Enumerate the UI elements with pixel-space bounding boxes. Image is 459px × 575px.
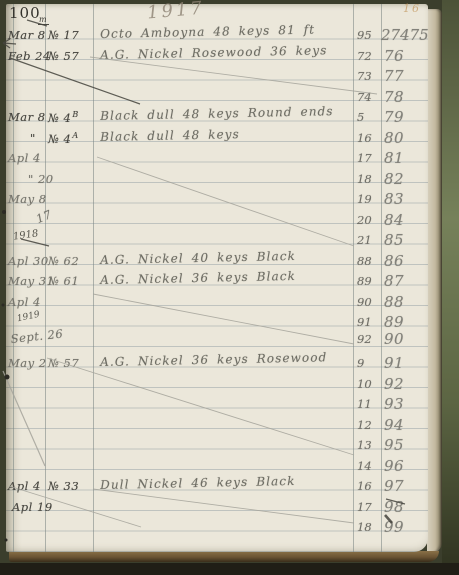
entry-serial-number: 97 [384, 477, 404, 495]
entry-serial-number: 89 [384, 313, 404, 331]
entry-serial-number: 94 [384, 416, 404, 434]
entry-description: A.G. Nickel 36 keys Rosewood [100, 350, 328, 369]
entry-stock-number: 92 [357, 332, 372, 346]
entry-serial-number: 90 [384, 330, 404, 348]
entry-stock-number: 11 [357, 397, 372, 411]
entry-stock-number: 73 [357, 69, 372, 83]
entry-stock-number: 20 [357, 213, 372, 227]
entry-stock-number: 5 [357, 110, 364, 124]
ledger-row: 10 92 [0, 375, 459, 396]
entry-serial-number: 84 [384, 211, 404, 229]
entry-date: " [30, 131, 36, 145]
entry-serial-number: 78 [384, 88, 404, 106]
page-total: 100 [9, 4, 41, 22]
ledger-row: 73 77 [0, 67, 459, 88]
entry-date: Sept. 26 [10, 326, 64, 345]
entry-description: Octo Amboyna 48 keys 81 ft [100, 22, 315, 40]
ledger-row: Apl 4 17 81 [0, 149, 459, 170]
ledger-row: " № 4A Black dull 48 keys 16 80 [0, 129, 459, 150]
entry-number: № 57 [48, 356, 79, 370]
ledger-row: Feb 24 № 57 A.G. Nickel Rosewood 36 keys… [0, 47, 459, 68]
entry-serial-number: 77 [384, 67, 404, 85]
date-superscript: m [38, 15, 49, 25]
entry-date: Mar 8 [8, 28, 46, 42]
ledger-row: May 2 № 57 A.G. Nickel 36 keys Rosewood … [0, 354, 459, 375]
folio-number: 16 [403, 2, 421, 15]
entry-serial-number: 81 [384, 149, 404, 167]
entry-stock-number: 95 [357, 28, 372, 42]
entry-stock-number: 88 [357, 254, 372, 268]
entry-stock-number: 90 [357, 295, 372, 309]
entry-date: May 8 [8, 192, 47, 206]
entry-serial-number: 92 [384, 375, 404, 393]
entry-stock-number: 21 [357, 233, 372, 247]
ledger-row: Mar 8 № 17 Octo Amboyna 48 keys 81 ft 95… [0, 26, 459, 47]
entry-stock-number: 16 [357, 131, 372, 145]
entry-stock-number: 9 [357, 356, 364, 370]
entry-serial-number: 93 [384, 395, 404, 413]
entry-number: № 4A [48, 131, 79, 146]
ledger-row: Apl 19 17 98 [0, 498, 459, 519]
entry-serial-number: 80 [384, 129, 404, 147]
entry-stock-number: 74 [357, 90, 372, 104]
entry-date: Apl 4 [8, 479, 41, 493]
entry-date: Feb 24 [8, 49, 51, 63]
entry-serial-number: 99 [384, 518, 404, 536]
entry-number: № 17 [48, 28, 79, 42]
entry-serial-number: 82 [384, 170, 404, 188]
entry-stock-number: 19 [357, 192, 372, 206]
entry-date: Apl 4 [8, 151, 41, 165]
entry-serial-number: 79 [384, 108, 404, 126]
entry-number: № 4B [48, 110, 79, 125]
ledger-row: " 20 18 82 [0, 170, 459, 191]
entry-number: № 61 [48, 274, 79, 288]
entry-stock-number: 16 [357, 479, 372, 493]
ledger-row: 21 85 [0, 231, 459, 252]
entry-stock-number: 12 [357, 418, 372, 432]
entry-stock-number: 91 [357, 315, 372, 329]
entry-serial-number: 86 [384, 252, 404, 270]
ledger-row: May 31 № 61 A.G. Nickel 36 keys Black 89… [0, 272, 459, 293]
ledger-row: Apl 4 90 88 [0, 293, 459, 314]
entry-serial-number: 95 [384, 436, 404, 454]
ledger-row: 12 94 [0, 416, 459, 437]
entry-stock-number: 17 [357, 500, 372, 514]
ledger-row: 13 95 [0, 436, 459, 457]
entry-number: № 33 [48, 479, 79, 493]
entry-date: Apl 30 [8, 254, 49, 268]
ledger-row: Sept. 26 92 90 [0, 330, 459, 351]
entry-description: Black dull 48 keys [100, 127, 240, 144]
entry-date: Apl 4 [8, 295, 41, 309]
ledger-row: May 8 19 83 [0, 190, 459, 211]
entry-number: № 57 [48, 49, 79, 63]
entry-stock-number: 10 [357, 377, 372, 391]
handwritten-content: 100 m 1917 16 1918 1919 Mar 8 № 17 Octo … [0, 0, 459, 575]
entry-date: Mar 8 [8, 110, 46, 124]
ledger-row: 11 93 [0, 395, 459, 416]
entry-stock-number: 18 [357, 172, 372, 186]
entry-description: Dull Nickel 46 keys Black [100, 474, 296, 492]
entry-serial-number: 76 [384, 47, 404, 65]
entry-stock-number: 18 [357, 520, 372, 534]
entry-date: " 20 [28, 172, 54, 186]
entry-date: May 2 [8, 356, 47, 370]
ledger-row: 18 99 [0, 518, 459, 539]
entry-description: A.G. Nickel Rosewood 36 keys [100, 43, 328, 62]
ledger-row: Mar 8 № 4B Black dull 48 keys Round ends… [0, 108, 459, 129]
entry-serial-number: 88 [384, 293, 404, 311]
entry-date: Apl 19 [12, 500, 53, 514]
year-heading: 1917 [146, 0, 205, 23]
ledger-book-photo: 100 m 1917 16 1918 1919 Mar 8 № 17 Octo … [0, 0, 459, 575]
entry-serial-number: 91 [384, 354, 404, 372]
entry-serial-number: 98 [384, 498, 404, 516]
entry-serial-number: 83 [384, 190, 404, 208]
entry-stock-number: 13 [357, 438, 372, 452]
entry-stock-number: 89 [357, 274, 372, 288]
entry-stock-number: 14 [357, 459, 372, 473]
entry-number: № 62 [48, 254, 79, 268]
ledger-row: 17 20 84 [0, 211, 459, 232]
entry-description: A.G. Nickel 40 keys Black [100, 248, 296, 266]
entry-serial-number: 96 [384, 457, 404, 475]
entry-serial-number: 85 [384, 231, 404, 249]
entry-description: A.G. Nickel 36 keys Black [100, 269, 296, 287]
entry-stock-number: 17 [357, 151, 372, 165]
ledger-row: Apl 4 № 33 Dull Nickel 46 keys Black 16 … [0, 477, 459, 498]
entry-stock-number: 72 [357, 49, 372, 63]
entry-serial-number: 27475 [381, 26, 429, 44]
entry-serial-number: 87 [384, 272, 404, 290]
